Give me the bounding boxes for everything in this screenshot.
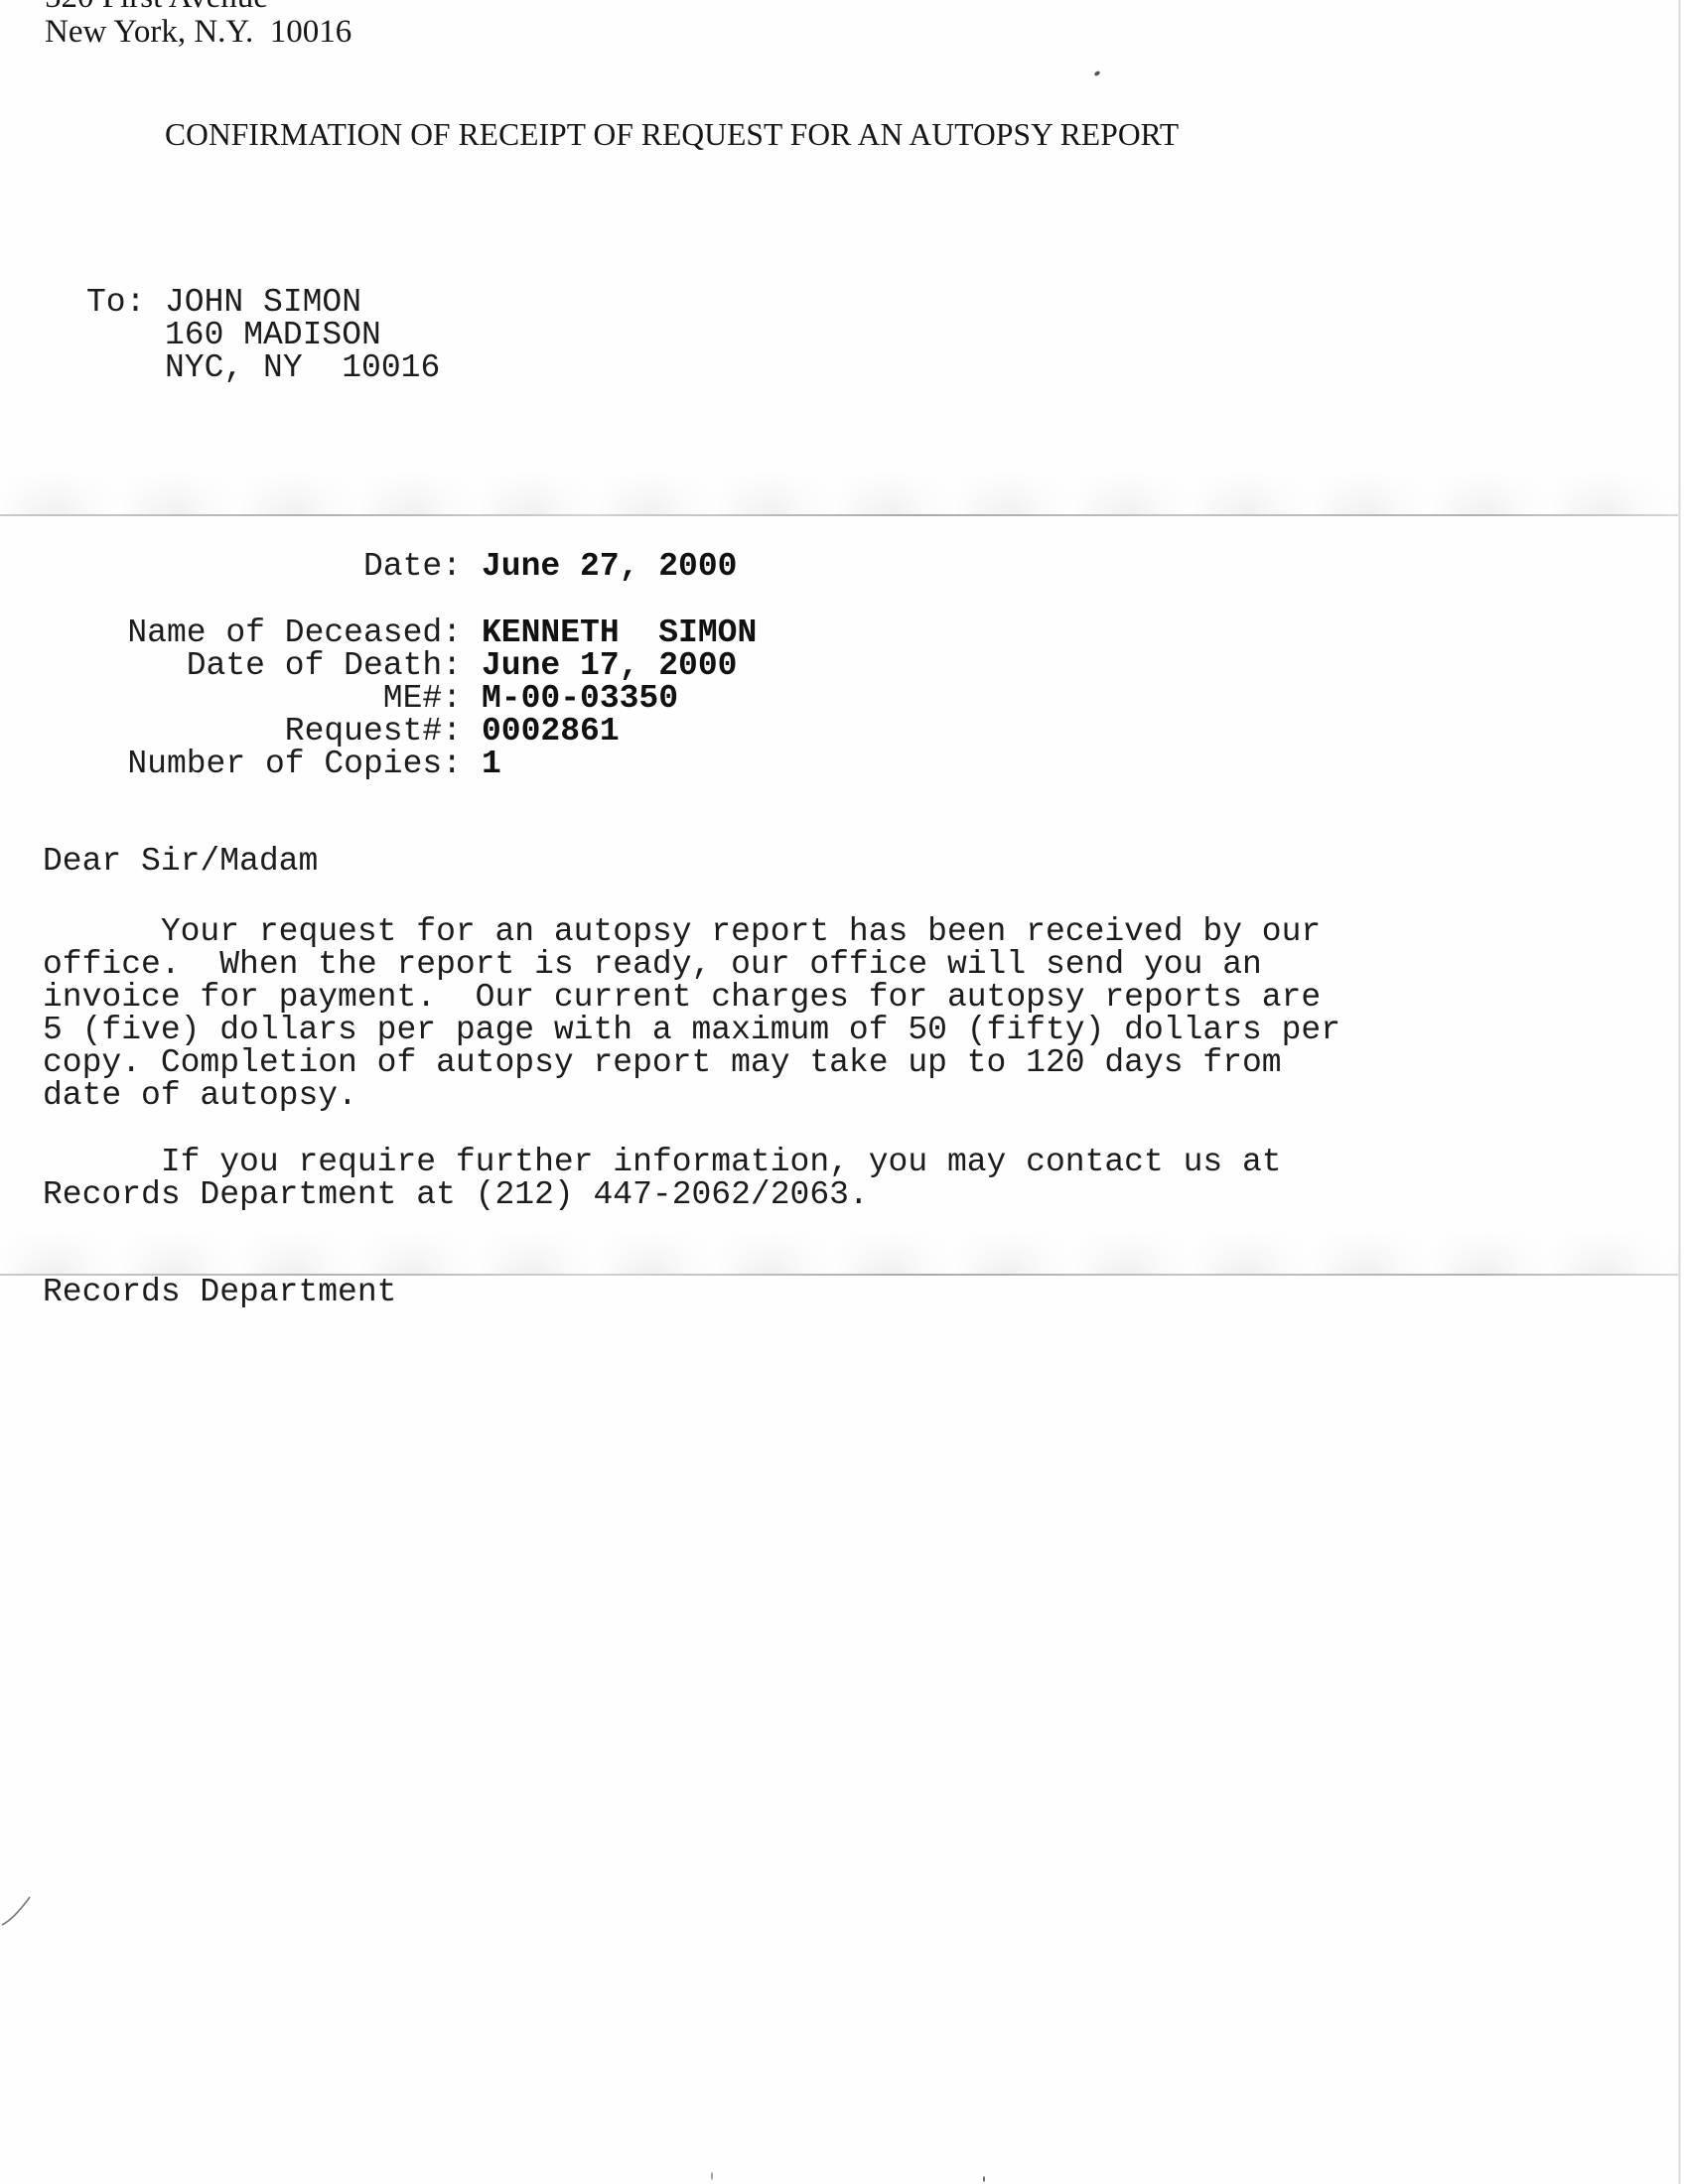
recipient-street: 160 MADISON bbox=[165, 319, 381, 351]
scan-mark bbox=[0, 1891, 40, 1931]
request-number-value: 0002861 bbox=[482, 715, 620, 748]
date-label: Date: bbox=[363, 550, 462, 583]
body-line: office. When the report is ready, our of… bbox=[43, 948, 1262, 981]
request-number-label: Request#: bbox=[285, 715, 462, 748]
body-line: Your request for an autopsy report has b… bbox=[43, 915, 1321, 948]
deceased-value: KENNETH SIMON bbox=[482, 616, 757, 649]
letter-page: 520 First Avenue New York, N.Y. 10016 CO… bbox=[0, 0, 1684, 2184]
copies-value: 1 bbox=[482, 748, 501, 780]
letterhead-address-line1: 520 First Avenue bbox=[45, 0, 268, 14]
body-line: Records Department at (212) 447-2062/206… bbox=[43, 1178, 869, 1211]
body-line: copy. Completion of autopsy report may t… bbox=[43, 1046, 1282, 1079]
page-edge bbox=[1678, 0, 1681, 2184]
paper-fold-line bbox=[0, 514, 1678, 516]
to-label: To: bbox=[86, 286, 145, 319]
body-line: If you require further information, you … bbox=[43, 1146, 1282, 1178]
recipient-city: NYC, NY 10016 bbox=[165, 351, 440, 384]
scan-speck bbox=[1093, 70, 1100, 77]
paper-fold-shadow bbox=[0, 471, 1678, 516]
me-number-value: M-00-03350 bbox=[482, 682, 678, 715]
date-of-death-label: Date of Death: bbox=[187, 649, 462, 682]
date-of-death-value: June 17, 2000 bbox=[482, 649, 737, 682]
paper-fold-shadow bbox=[0, 1229, 1678, 1275]
scan-speck bbox=[983, 2176, 985, 2182]
body-line: 5 (five) dollars per page with a maximum… bbox=[43, 1014, 1340, 1046]
document-title: CONFIRMATION OF RECEIPT OF REQUEST FOR A… bbox=[165, 118, 1179, 152]
salutation: Dear Sir/Madam bbox=[43, 845, 318, 878]
body-line: date of autopsy. bbox=[43, 1079, 357, 1112]
signature-department: Records Department bbox=[43, 1276, 396, 1308]
scan-speck bbox=[711, 2172, 713, 2180]
date-value: June 27, 2000 bbox=[482, 550, 737, 583]
copies-label: Number of Copies: bbox=[127, 748, 462, 780]
deceased-label: Name of Deceased: bbox=[127, 616, 462, 649]
letterhead-address-line2: New York, N.Y. 10016 bbox=[45, 16, 351, 49]
me-number-label: ME#: bbox=[383, 682, 462, 715]
recipient-name: JOHN SIMON bbox=[165, 286, 361, 319]
body-line: invoice for payment. Our current charges… bbox=[43, 981, 1321, 1014]
